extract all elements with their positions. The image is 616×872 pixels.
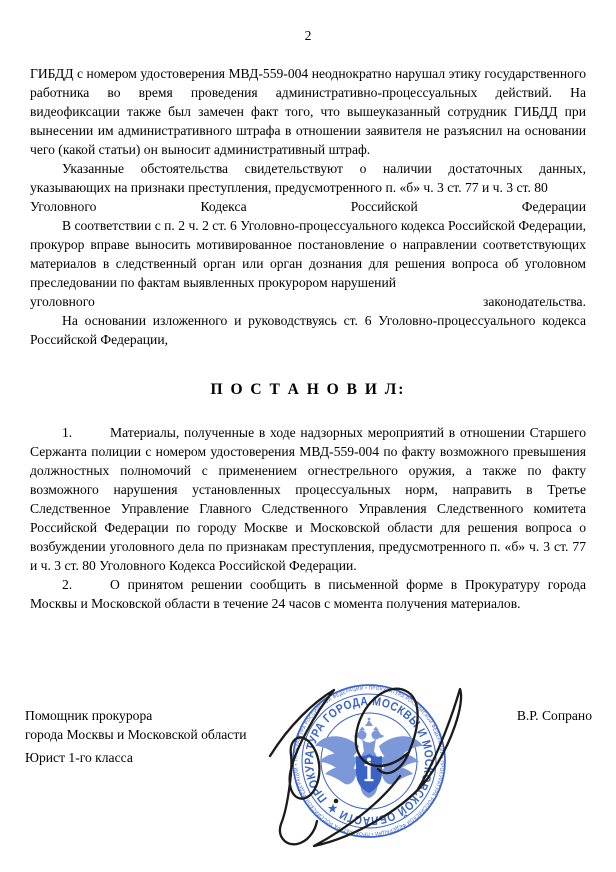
resolution-item-2: 2.О принятом решении сообщить в письменн… [30,575,586,613]
prosecutor-seal: ПРОКУРАТУРА РОССИЙСКОЙ ФЕДЕРАЦИИ • ПРОКУ… [256,658,478,860]
eagle-crown-center [365,720,373,726]
paragraph-legal-basis-last-line: уголовного законодательства. [30,292,586,311]
eagle-beak-right [380,734,385,739]
page-number: 2 [30,26,586,45]
document-content: 2 ГИБДД с номером удостоверения МВД-559-… [0,0,616,613]
signature-dot [334,799,339,804]
eagle-crown-right [373,727,379,732]
item-2-number: 2. [62,575,110,594]
signer-name: В.Р. Сопрано [517,706,592,725]
signer-position-line2: города Москвы и Московской области [25,725,247,744]
item-1-number: 1. [62,423,110,442]
paragraph-legal-basis: В соответствии с п. 2 ч. 2 ст. 6 Уголовн… [30,216,586,292]
resolution-item-1: 1.Материалы, полученные в ходе надзорных… [30,423,586,575]
item-2-text: О принятом решении сообщить в письменной… [30,577,586,611]
paragraph-intro: ГИБДД с номером удостоверения МВД-559-00… [30,64,586,159]
signer-class-rank: Юрист 1-го класса [25,748,247,767]
eagle-crown-left [359,727,365,732]
seal-shield [356,754,382,793]
document-page: 2 ГИБДД с номером удостоверения МВД-559-… [0,0,616,872]
signer-position-line1: Помощник прокурора [25,706,247,725]
paragraph-circumstances-last-line: Уголовного Кодекса Российской Федерации [30,197,586,216]
paragraph-circumstances: Указанные обстоятельства свидетельствуют… [30,159,586,197]
resolved-heading: П О С Т А Н О В И Л: [30,380,586,399]
signer-position: Помощник прокурора города Москвы и Моско… [25,706,247,767]
paragraph-resolution-preamble: На основании изложенного и руководствуяс… [30,311,586,349]
item-1-text: Материалы, полученные в ходе надзорных м… [30,425,586,573]
